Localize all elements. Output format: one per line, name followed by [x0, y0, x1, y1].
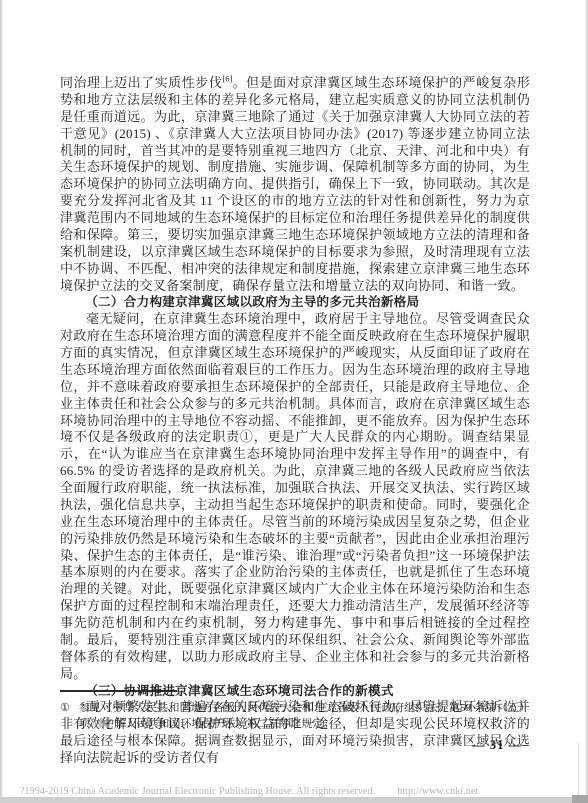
footnote: ① 参见《中华人民共和国地方各级人民代表大会和地方各级人民政府组织法》第59 条… [60, 700, 530, 732]
paragraph-continuation: 同治理上迈出了实质性步伐[6]。但是面对京津冀区域生态环境保护的严峻复杂形势和地… [60, 75, 530, 294]
paragraph-governance: 毫无疑问，在京津冀生态环境治理中，政府居于主导地位。尽管受调查民众对政府在生态环… [60, 311, 530, 682]
citation-marker: [6] [222, 74, 232, 84]
page-number: — 31 — [472, 738, 522, 753]
footnote-marker: ① [60, 700, 79, 732]
footnote-separator [60, 690, 177, 692]
scanned-journal-page: 同治理上迈出了实质性步伐[6]。但是面对京津冀区域生态环境保护的严峻复杂形势和地… [0, 0, 588, 803]
scan-edge-shadow [578, 743, 579, 803]
paragraph-text: 同治理上迈出了实质性步伐 [60, 75, 222, 90]
article-body: 同治理上迈出了实质性步伐[6]。但是面对京津冀区域生态环境保护的严峻复杂形势和地… [60, 75, 530, 767]
scan-edge-bottom [0, 797, 588, 803]
watermark-text: ?1994-2019 China Academic Journal Electr… [20, 786, 375, 797]
scan-corner-artifact [572, 795, 588, 803]
scan-edge-left [0, 0, 3, 803]
paragraph-text: 。但是面对京津冀区域生态环境保护的严峻复杂形势和地方立法层级和主体的差异化多元格… [60, 75, 530, 293]
footnote-text: 参见《中华人民共和国地方各级人民代表大会和地方各级人民政府组织法》第59 条第（… [79, 700, 530, 732]
watermark-url: http://www.cnki.net [397, 786, 478, 797]
cnki-watermark: ?1994-2019 China Academic Journal Electr… [20, 786, 580, 797]
section-heading-2: （二）合力构建京津冀区域以政府为主导的多元共治新格局 [60, 294, 530, 311]
